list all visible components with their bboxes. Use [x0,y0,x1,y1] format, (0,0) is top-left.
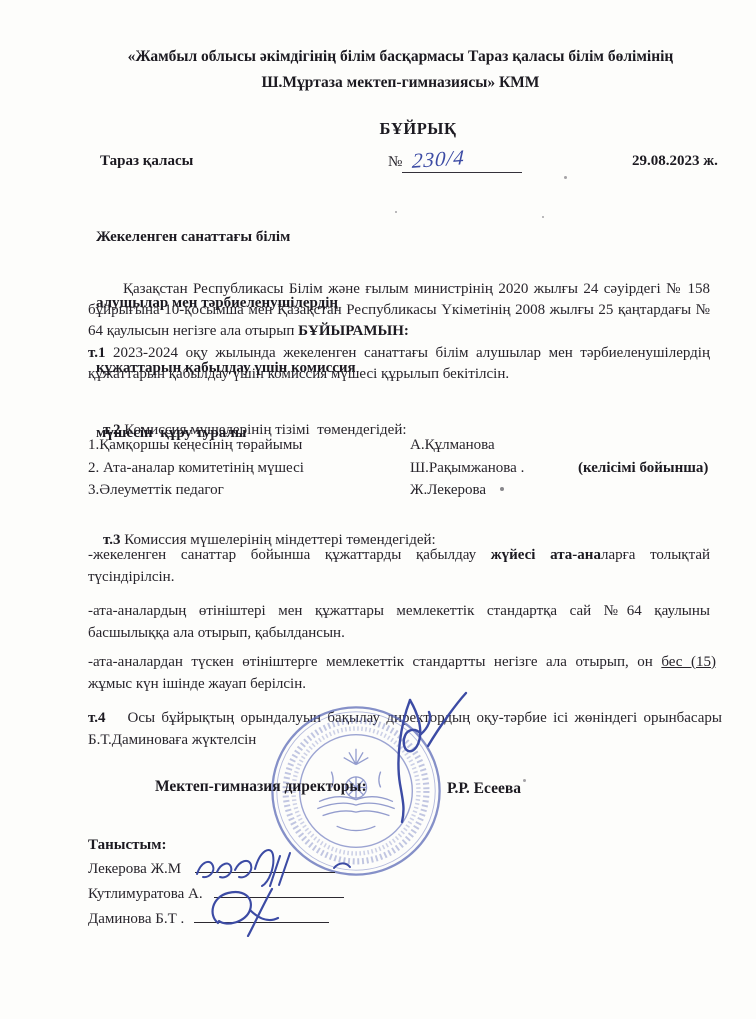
commission-members-list: 1.Қамқоршы кеңесінің төрайымы А.Құлманов… [88,434,728,502]
document-title: БҰЙРЫҚ [80,118,756,139]
point-1: т.1 2023-2024 оқу жылында жекеленген сан… [88,343,710,385]
acknowledgement-row: Даминова Б.Т . [88,907,344,932]
member-row: 2. Ата-аналар комитетінің мүшесі Ш.Рақым… [88,457,728,480]
director-signature-row: Мектеп-гимназия директоры: Р.Р. Есеева [0,776,756,800]
organization-header: «Жамбыл облысы әкімдігінің білім басқарм… [45,44,756,96]
member-name: Ш.Рақымжанова . [410,457,578,480]
duty-paragraph-3: -ата-аналардан түскен өтініштерге мемлек… [88,651,716,695]
number-underline [402,172,522,173]
point-1-label: т.1 [88,345,106,361]
duty-paragraph-2: -ата-аналардың өтініштері мен құжаттары … [88,600,710,644]
signature-line [194,909,329,923]
ack-name: Кутлимуратова А. [88,886,203,902]
duty-1-bold: ата-ана [550,547,601,563]
acknowledgement-list: Лекерова Ж.М Кутлимуратова А. Даминова Б… [88,857,344,932]
member-role: 3.Әлеуметтік педагог [88,479,410,502]
point-4: т.4Осы бұйрықтың орындалуын бақылау дире… [88,707,722,751]
scan-speck [523,779,526,782]
member-role: 1.Қамқоршы кеңесінің төрайымы [88,434,410,457]
acknowledgement-title: Таныстым: [88,835,166,856]
preamble-paragraph: Қазақстан Республикасы Білім және ғылым … [88,279,710,342]
duty-3-underlined: бес (15) [661,654,716,670]
member-name: А.Құлманова [410,434,578,457]
member-name: Ж.Лекерова [410,479,578,502]
acknowledgement-row: Лекерова Ж.М [88,857,344,882]
member-note: (келісімі бойынша) [578,457,708,480]
ack-name: Лекерова Ж.М [88,861,181,877]
order-number-handwritten: 230/4 [412,147,466,172]
signature-line [214,884,344,898]
organization-line2: Ш.Мұртаза мектеп-гимназиясы» КММ [45,70,756,96]
duty-1-text: -жекеленген санаттар бойынша құжаттарды … [88,547,491,563]
signature-line [195,859,335,873]
acknowledgement-row: Кутлимуратова А. [88,882,344,907]
date-label: 29.08.2023 ж. [632,151,718,172]
number-sign: № [388,154,402,170]
duty-1-bold: жүйесі [491,547,536,563]
scan-speck [500,487,504,491]
director-label: Мектеп-гимназия директоры: [155,776,367,797]
duty-3-text: жұмыс күн ішінде жауап берілсін. [88,676,306,692]
point-1-text: 2023-2024 оқу жылында жекеленген санатта… [88,345,710,382]
member-row: 1.Қамқоршы кеңесінің төрайымы А.Құлманов… [88,434,728,457]
duty-3-text: -ата-аналардан түскен өтініштерге мемлек… [88,654,661,670]
scanned-order-document: «Жамбыл облысы әкімдігінің білім басқарм… [0,0,756,1019]
point-4-text: Осы бұйрықтың орындалуын бақылау директо… [88,710,722,748]
director-name: Р.Р. Есеева [447,778,521,799]
city-label: Тараз қаласы [100,151,193,172]
duty-1-text [535,547,550,563]
scan-speck [542,216,544,218]
subject-line: Жекеленген санаттағы білім [96,227,356,249]
duty-paragraph-1: -жекеленген санаттар бойынша құжаттарды … [88,544,710,588]
member-row: 3.Әлеуметтік педагог Ж.Лекерова [88,479,728,502]
scan-speck [564,176,567,179]
order-number: №230/4 [388,149,465,173]
ack-name: Даминова Б.Т . [88,911,184,927]
point-4-label: т.4 [88,710,106,726]
scan-speck [395,211,397,213]
order-word: БҰЙЫРАМЫН: [298,323,409,339]
organization-line1: «Жамбыл облысы әкімдігінің білім басқарм… [45,44,756,70]
member-role: 2. Ата-аналар комитетінің мүшесі [88,457,410,480]
